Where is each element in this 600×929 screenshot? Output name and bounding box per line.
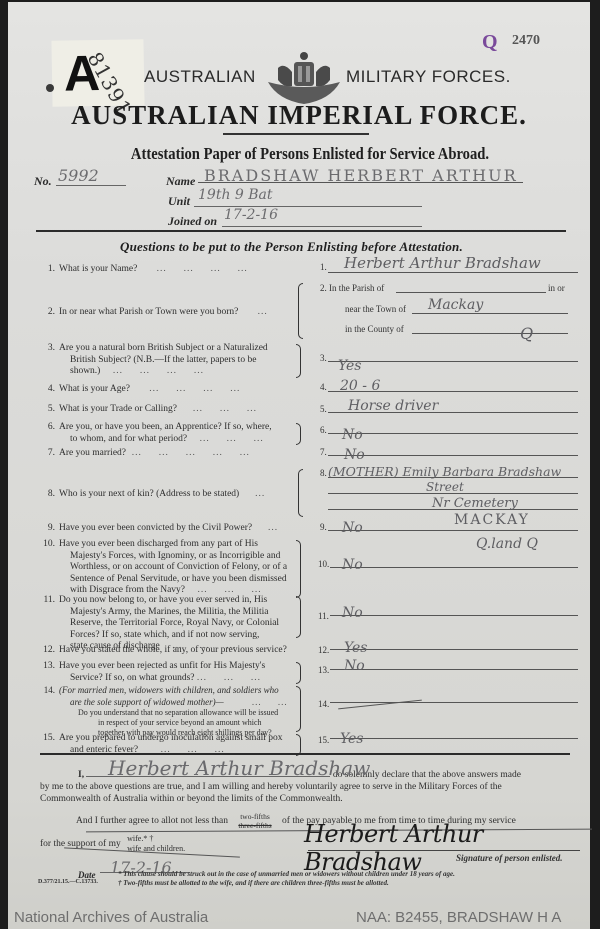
ink-smudge — [46, 84, 54, 92]
unit-value: 19th 9 Bat — [198, 187, 273, 203]
answer-7: No — [344, 447, 365, 463]
attestation-paper: A 81391 Q 2470 AUSTRALIAN MILITARY FORCE… — [8, 2, 590, 929]
unit-label: Unit — [168, 194, 190, 209]
footnote-2: † Two-fifths must be allotted to the wif… — [118, 879, 389, 887]
answer-2-county: Q — [520, 324, 533, 343]
answer-8-line-5: Q.land Q — [476, 536, 538, 552]
signature-label: Signature of person enlisted. — [456, 853, 563, 863]
question-4: 4.What is your Age? ... ... ... ... — [40, 384, 300, 396]
joined-label: Joined on — [168, 214, 217, 229]
answer-8-line-2: Street — [426, 480, 464, 494]
archive-sticker: A 81391 — [51, 39, 144, 107]
question-6: 6.Are you, or have you been, an Apprenti… — [40, 422, 300, 445]
question-8: 8.Who is your next of kin? (Address to b… — [40, 489, 300, 501]
question-9: 9.Have you ever been convicted by the Ci… — [40, 523, 300, 535]
header-left: AUSTRALIAN — [144, 67, 256, 87]
answer-12: Yes — [344, 640, 368, 656]
answer-11: No — [342, 605, 363, 621]
question-12: 12.Have you stated the whole, if any, of… — [40, 645, 300, 657]
coat-of-arms-icon — [264, 48, 344, 108]
answer-4: 20 - 6 — [340, 378, 380, 394]
question-2: 2.In or near what Parish or Town were yo… — [40, 307, 300, 319]
answer-2-town: Mackay — [428, 297, 483, 313]
answer-10: No — [342, 557, 363, 573]
document-title: AUSTRALIAN IMPERIAL FORCE. — [64, 100, 534, 131]
title-rule — [223, 133, 369, 135]
document-subtitle: Attestation Paper of Persons Enlisted fo… — [129, 144, 490, 164]
header-right: MILITARY FORCES. — [346, 67, 511, 87]
print-code: D.377/21.15.—C.13733. — [38, 879, 98, 885]
question-10: 10.Have you ever been discharged from an… — [40, 539, 300, 597]
signature: Herbert Arthur Bradshaw — [304, 820, 590, 876]
name-label: Name — [166, 174, 195, 189]
reference-number: 2470 — [512, 33, 540, 49]
answer-8-line-3: Nr Cemetery — [432, 496, 518, 511]
question-11: 11.Do you now belong to, or have you eve… — [40, 595, 300, 653]
answer-15: Yes — [340, 731, 364, 747]
question-14: 14.(For married men, widowers with child… — [40, 685, 300, 738]
answer-9: No — [342, 520, 363, 536]
answer-13: No — [344, 658, 365, 674]
question-5: 5.What is your Trade or Calling? ... ...… — [40, 404, 300, 416]
question-3: 3.Are you a natural born British Subject… — [40, 343, 300, 378]
question-13: 13.Have you ever been rejected as unfit … — [40, 661, 300, 684]
answer-3: Yes — [338, 358, 362, 374]
questions-heading: Questions to be put to the Person Enlist… — [120, 239, 463, 255]
answer-6: No — [342, 427, 363, 443]
archive-source: National Archives of Australia — [14, 909, 208, 926]
answer-8-line-1: (MOTHER) Emily Barbara Bradshaw — [328, 464, 561, 479]
joined-value: 17-2-16 — [224, 207, 278, 223]
no-label: No. — [34, 174, 52, 189]
archive-reference: NAA: B2455, BRADSHAW H A — [356, 909, 561, 926]
answer-8-line-4: MACKAY — [454, 512, 530, 528]
question-7: 7.Are you married? ... ... ... ... ... — [40, 448, 300, 460]
declaration-name: Herbert Arthur Bradshaw — [108, 756, 370, 780]
answer-5: Horse driver — [348, 398, 438, 414]
reference-prefix: Q — [482, 31, 498, 54]
question-1: 1.What is your Name? ... ... ... ... — [40, 264, 300, 276]
no-value: 5992 — [58, 166, 99, 185]
footnote-1: * This clause should be struck out in th… — [118, 870, 455, 878]
answer-1: Herbert Arthur Bradshaw — [344, 254, 541, 272]
